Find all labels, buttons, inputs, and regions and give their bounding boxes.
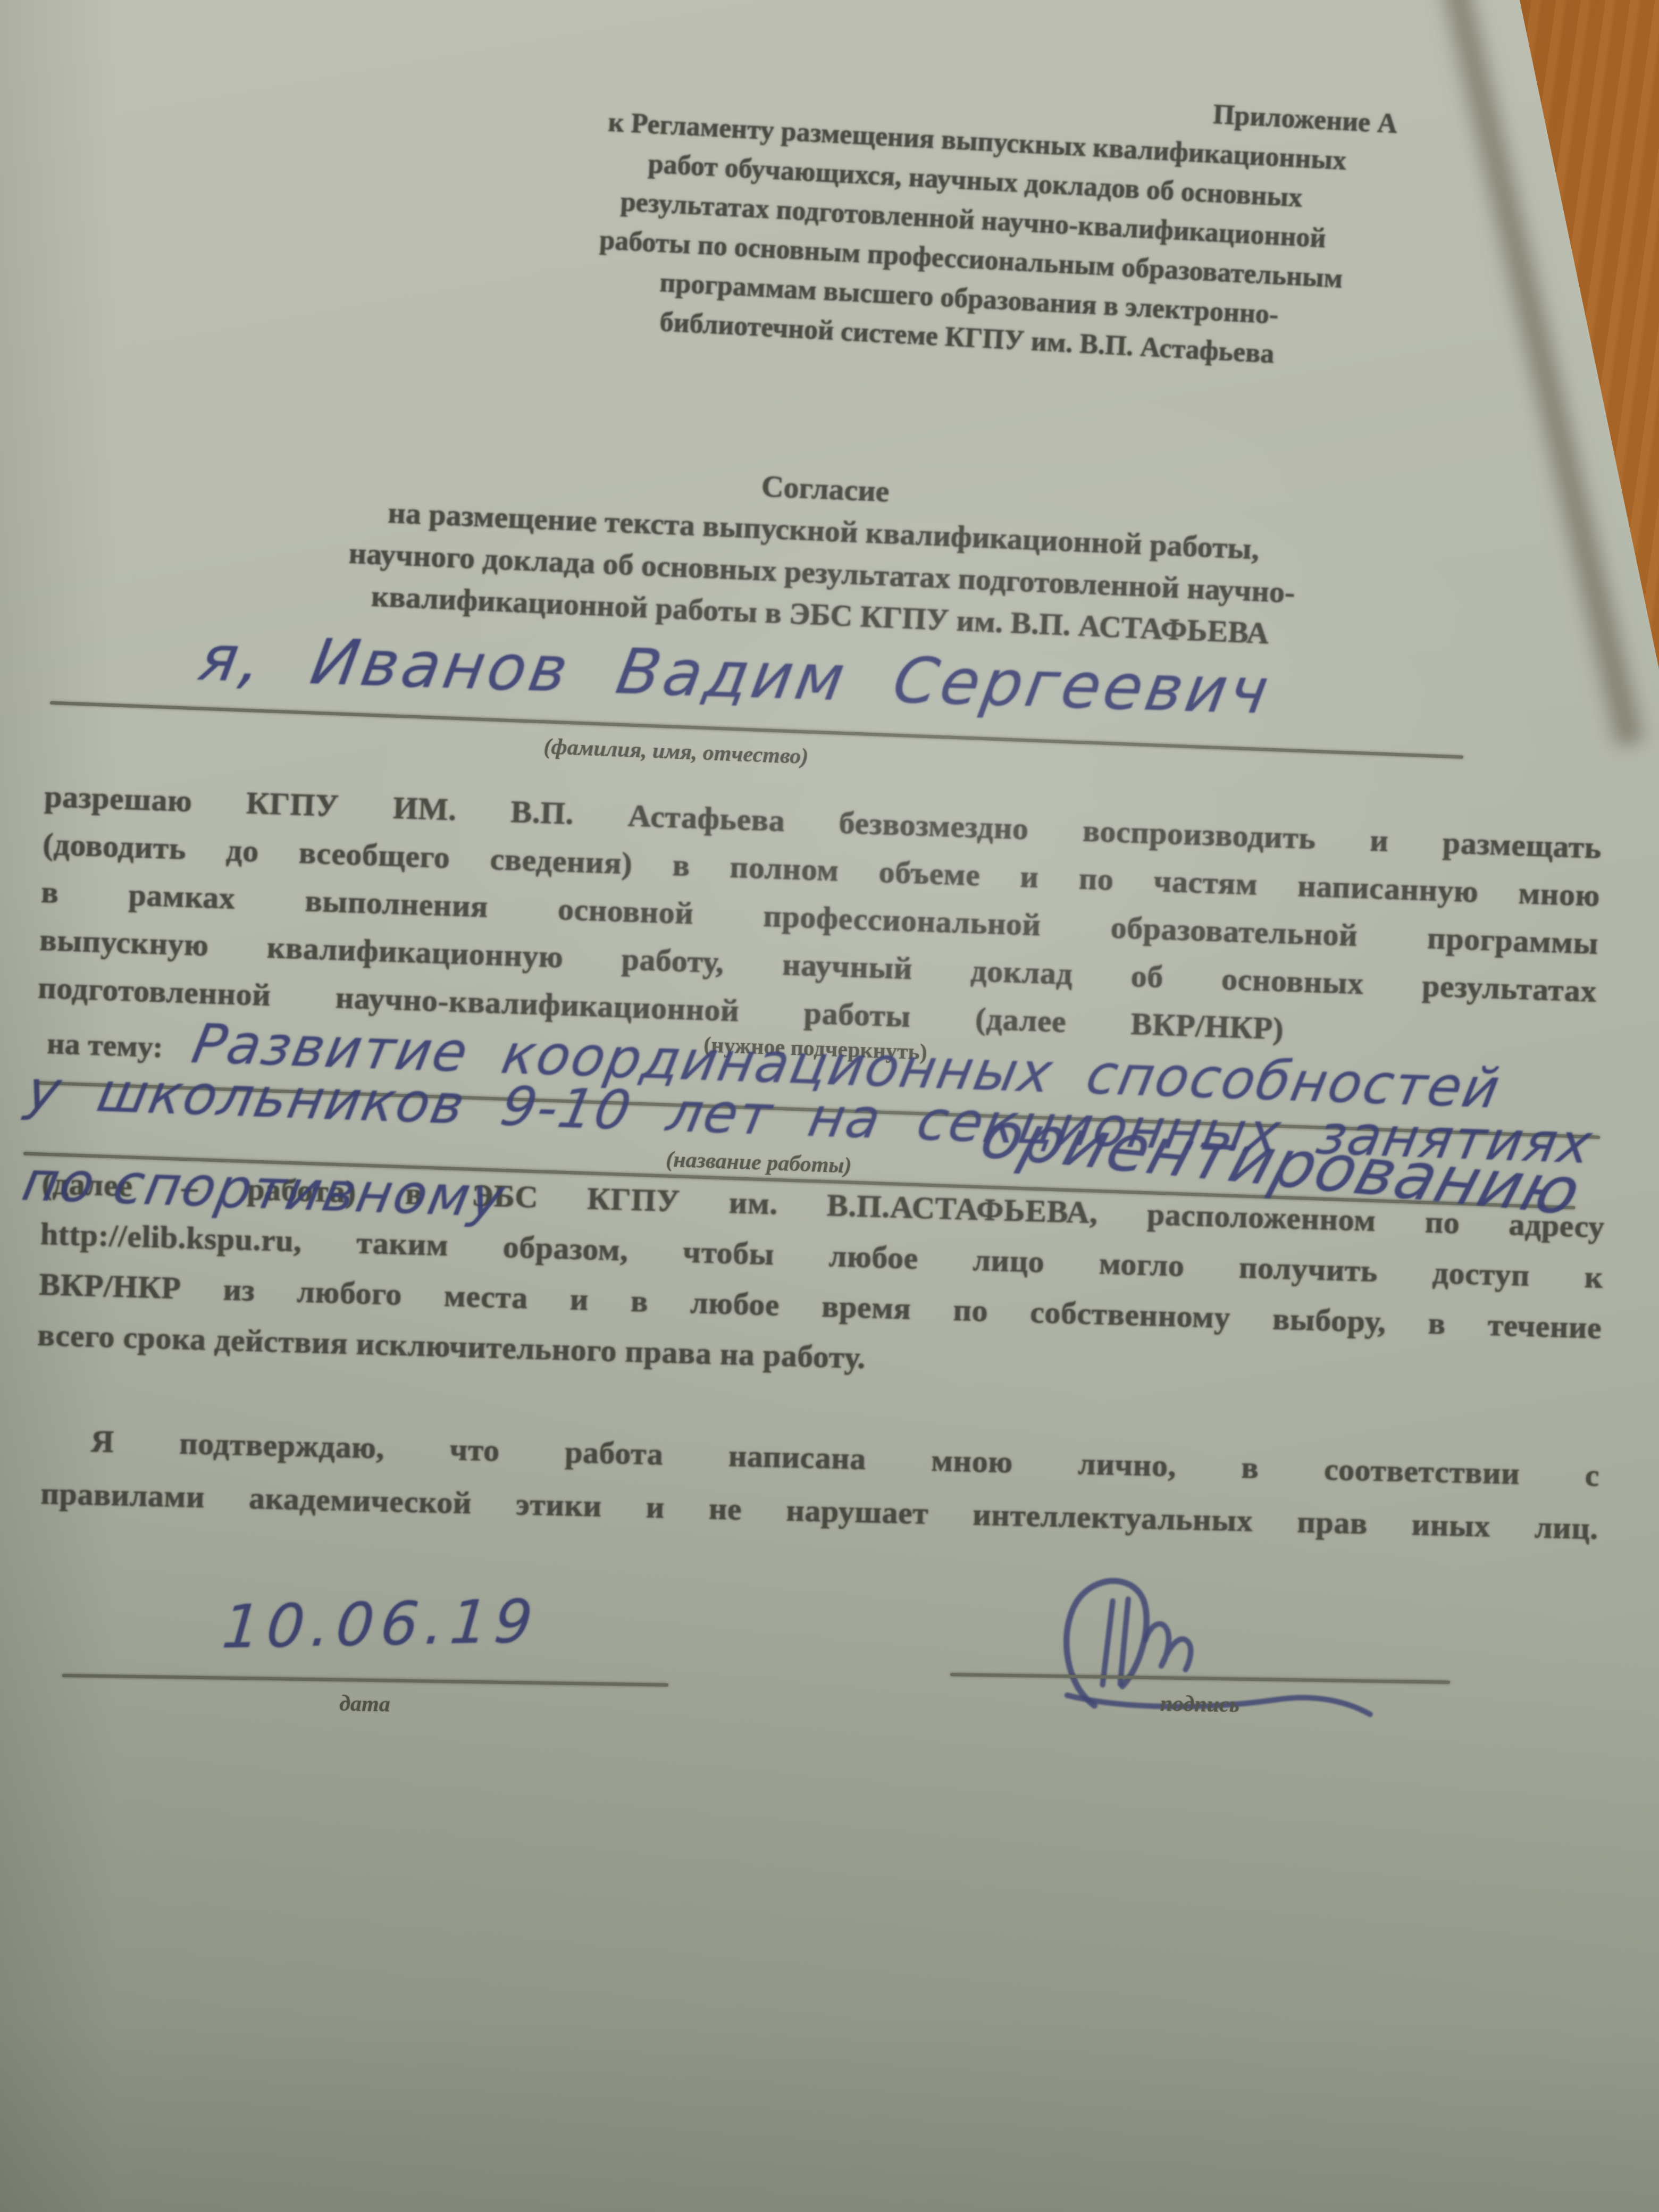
ethics-paragraph: Я подтверждаю, что работа написана мною … [40, 1413, 1600, 1555]
photographed-consent-document: Приложение А к Регламенту размещения вып… [0, 0, 1659, 2212]
date-handwritten: 10.06.19 [220, 1586, 542, 1662]
date-label: дата [62, 1687, 668, 1722]
appendix-header-block: Приложение А к Регламенту размещения вып… [480, 57, 1467, 383]
date-signature-section: 10.06.19 дата подпись [0, 1569, 1659, 1861]
topic-handwritten-line: по спортивному [18, 1150, 511, 1230]
topic-label: на тему: [46, 1025, 163, 1065]
work-topic-section: на тему: Развитие координационных способ… [25, 1018, 1623, 1350]
date-underline [62, 1674, 668, 1687]
work-title-caption: (название работы) [666, 1147, 852, 1179]
